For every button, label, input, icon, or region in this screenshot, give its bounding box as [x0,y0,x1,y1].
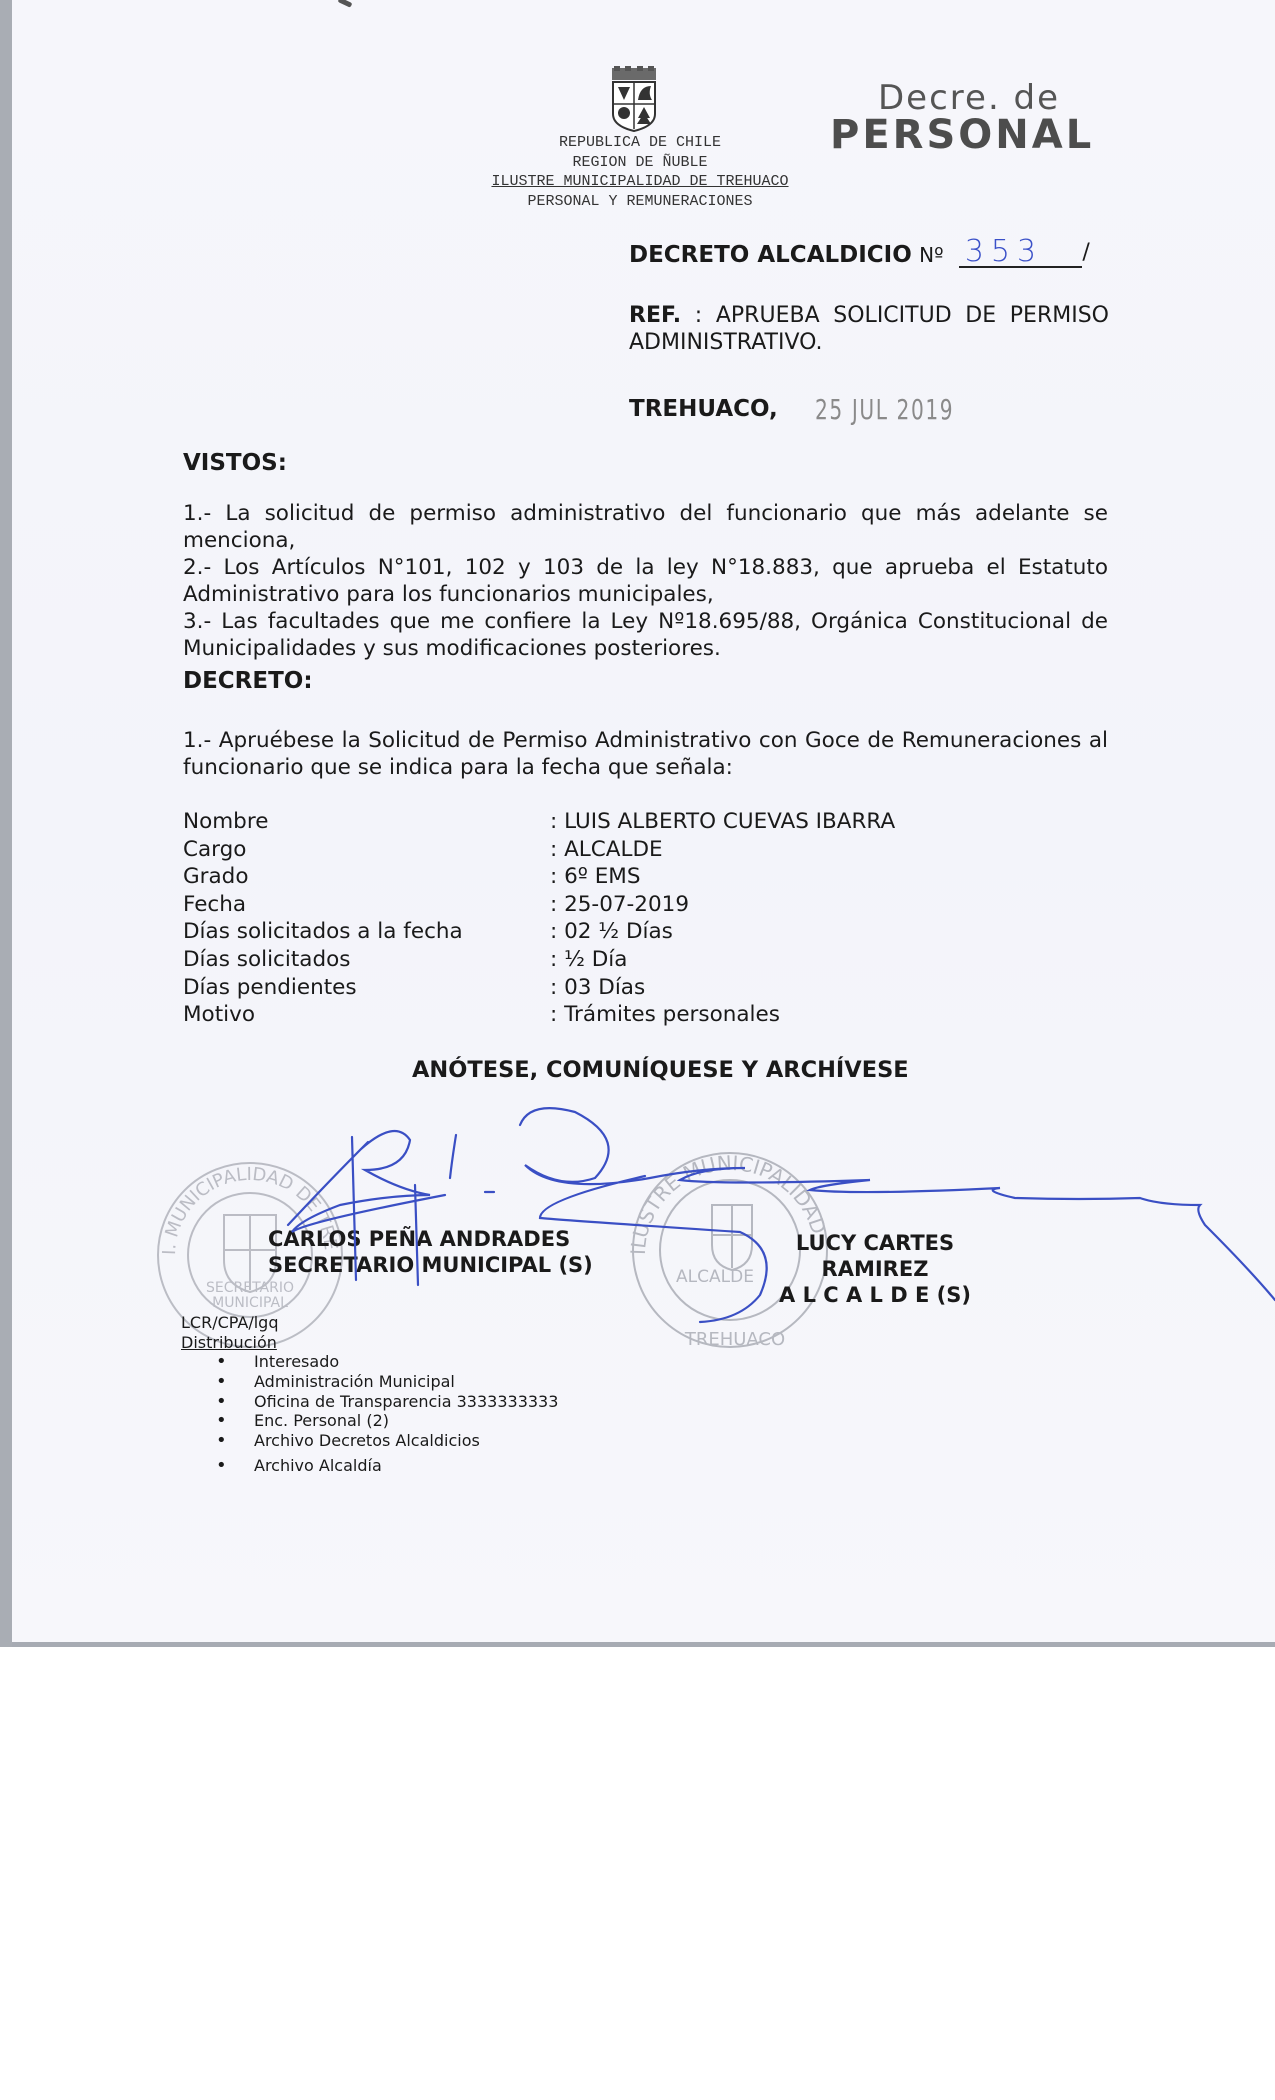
field-value: : LUIS ALBERTO CUEVAS IBARRA [550,808,895,836]
field-value: : ALCALDE [550,836,663,864]
decree-number: DECRETO ALCALDICIO Nº 353 / [629,240,1082,268]
field-value: : Trámites personales [550,1001,780,1029]
field-row: Cargo: ALCALDE [183,836,895,864]
field-row: Grado: 6º EMS [183,863,895,891]
mayor-signature-block: LUCY CARTES RAMIREZ A L C A L D E (S) [750,1230,1000,1308]
number-prefix: Nº [919,243,943,267]
ref-text: : APRUEBA SOLICITUD DE PERMISO ADMINISTR… [629,303,1109,355]
letterhead-country: REPUBLICA DE CHILE [440,133,840,153]
field-value: : 6º EMS [550,863,641,891]
decreto-text: 1.- Apruébese la Solicitud de Permiso Ad… [183,727,1108,781]
letterhead-region: REGION DE ÑUBLE [440,153,840,173]
distribution-item: Archivo Alcaldía [212,1456,558,1476]
field-value: : 25-07-2019 [550,891,689,919]
distribution-item: Interesado [212,1352,558,1372]
stamp-line-2: PERSONAL [830,112,1094,158]
vistos-list: 1.- La solicitud de permiso administrati… [183,500,1108,662]
secretary-signature-block: CARLOS PEÑA ANDRADES SECRETARIO MUNICIPA… [268,1226,593,1278]
reference-initials: LCR/CPA/lgq Distribución [181,1313,278,1353]
field-label: Días solicitados [183,946,550,974]
distribution-list: Interesado Administración Municipal Ofic… [212,1352,558,1476]
field-label: Cargo [183,836,550,864]
crest-icon [608,66,660,132]
personal-stamp: Decre. de PERSONAL [830,78,1094,158]
field-label: Motivo [183,1001,550,1029]
field-value: : ½ Día [550,946,627,974]
reference: REF. : APRUEBA SOLICITUD DE PERMISO ADMI… [629,302,1109,356]
field-label: Nombre [183,808,550,836]
field-row: Nombre: LUIS ALBERTO CUEVAS IBARRA [183,808,895,836]
employee-fields: Nombre: LUIS ALBERTO CUEVAS IBARRA Cargo… [183,808,895,1029]
ref-label: REF. [629,303,681,328]
mayor-name: LUCY CARTES RAMIREZ [750,1230,1000,1282]
distribution-title: Distribución [181,1333,278,1353]
vistos-title: VISTOS: [183,450,287,476]
distribution-item: Administración Municipal [212,1372,558,1392]
field-label: Días pendientes [183,974,550,1002]
field-row: Motivo: Trámites personales [183,1001,895,1029]
closing-formula: ANÓTESE, COMUNÍQUESE Y ARCHÍVESE [412,1057,909,1083]
secretary-title: SECRETARIO MUNICIPAL (S) [268,1252,593,1278]
vistos-item: 3.- Las facultades que me confiere la Le… [183,608,1108,662]
initials: LCR/CPA/lgq [181,1313,278,1333]
secretary-name: CARLOS PEÑA ANDRADES [268,1226,593,1252]
distribution-item: Oficina de Transparencia 3333333333 [212,1392,558,1412]
field-value: : 03 Días [550,974,645,1002]
decreto-title: DECRETO: [183,668,313,694]
field-value: : 02 ½ Días [550,918,673,946]
field-row: Días solicitados a la fecha: 02 ½ Días [183,918,895,946]
field-label: Grado [183,863,550,891]
decree-label: DECRETO ALCALDICIO [629,242,912,268]
vistos-item: 2.- Los Artículos N°101, 102 y 103 de la… [183,554,1108,608]
handwritten-number: 353 [965,234,1043,269]
mayor-title: A L C A L D E (S) [750,1282,1000,1308]
field-row: Días solicitados: ½ Día [183,946,895,974]
distribution-item: Archivo Decretos Alcaldicios [212,1431,558,1451]
letterhead-municipality: ILUSTRE MUNICIPALIDAD DE TREHUACO [440,172,840,192]
letterhead: REPUBLICA DE CHILE REGION DE ÑUBLE ILUST… [440,133,840,211]
date-stamp: 25 JUL 2019 [815,393,954,426]
letterhead-department: PERSONAL Y REMUNERACIONES [440,192,840,212]
place: TREHUACO, [629,396,778,422]
number-field: 353 / [959,240,1082,268]
field-row: Fecha: 25-07-2019 [183,891,895,919]
number-suffix: / [1082,240,1089,265]
distribution-item: Enc. Personal (2) [212,1411,558,1431]
vistos-item: 1.- La solicitud de permiso administrati… [183,500,1108,554]
field-label: Fecha [183,891,550,919]
scan-edge [0,0,12,1647]
field-row: Días pendientes: 03 Días [183,974,895,1002]
field-label: Días solicitados a la fecha [183,918,550,946]
